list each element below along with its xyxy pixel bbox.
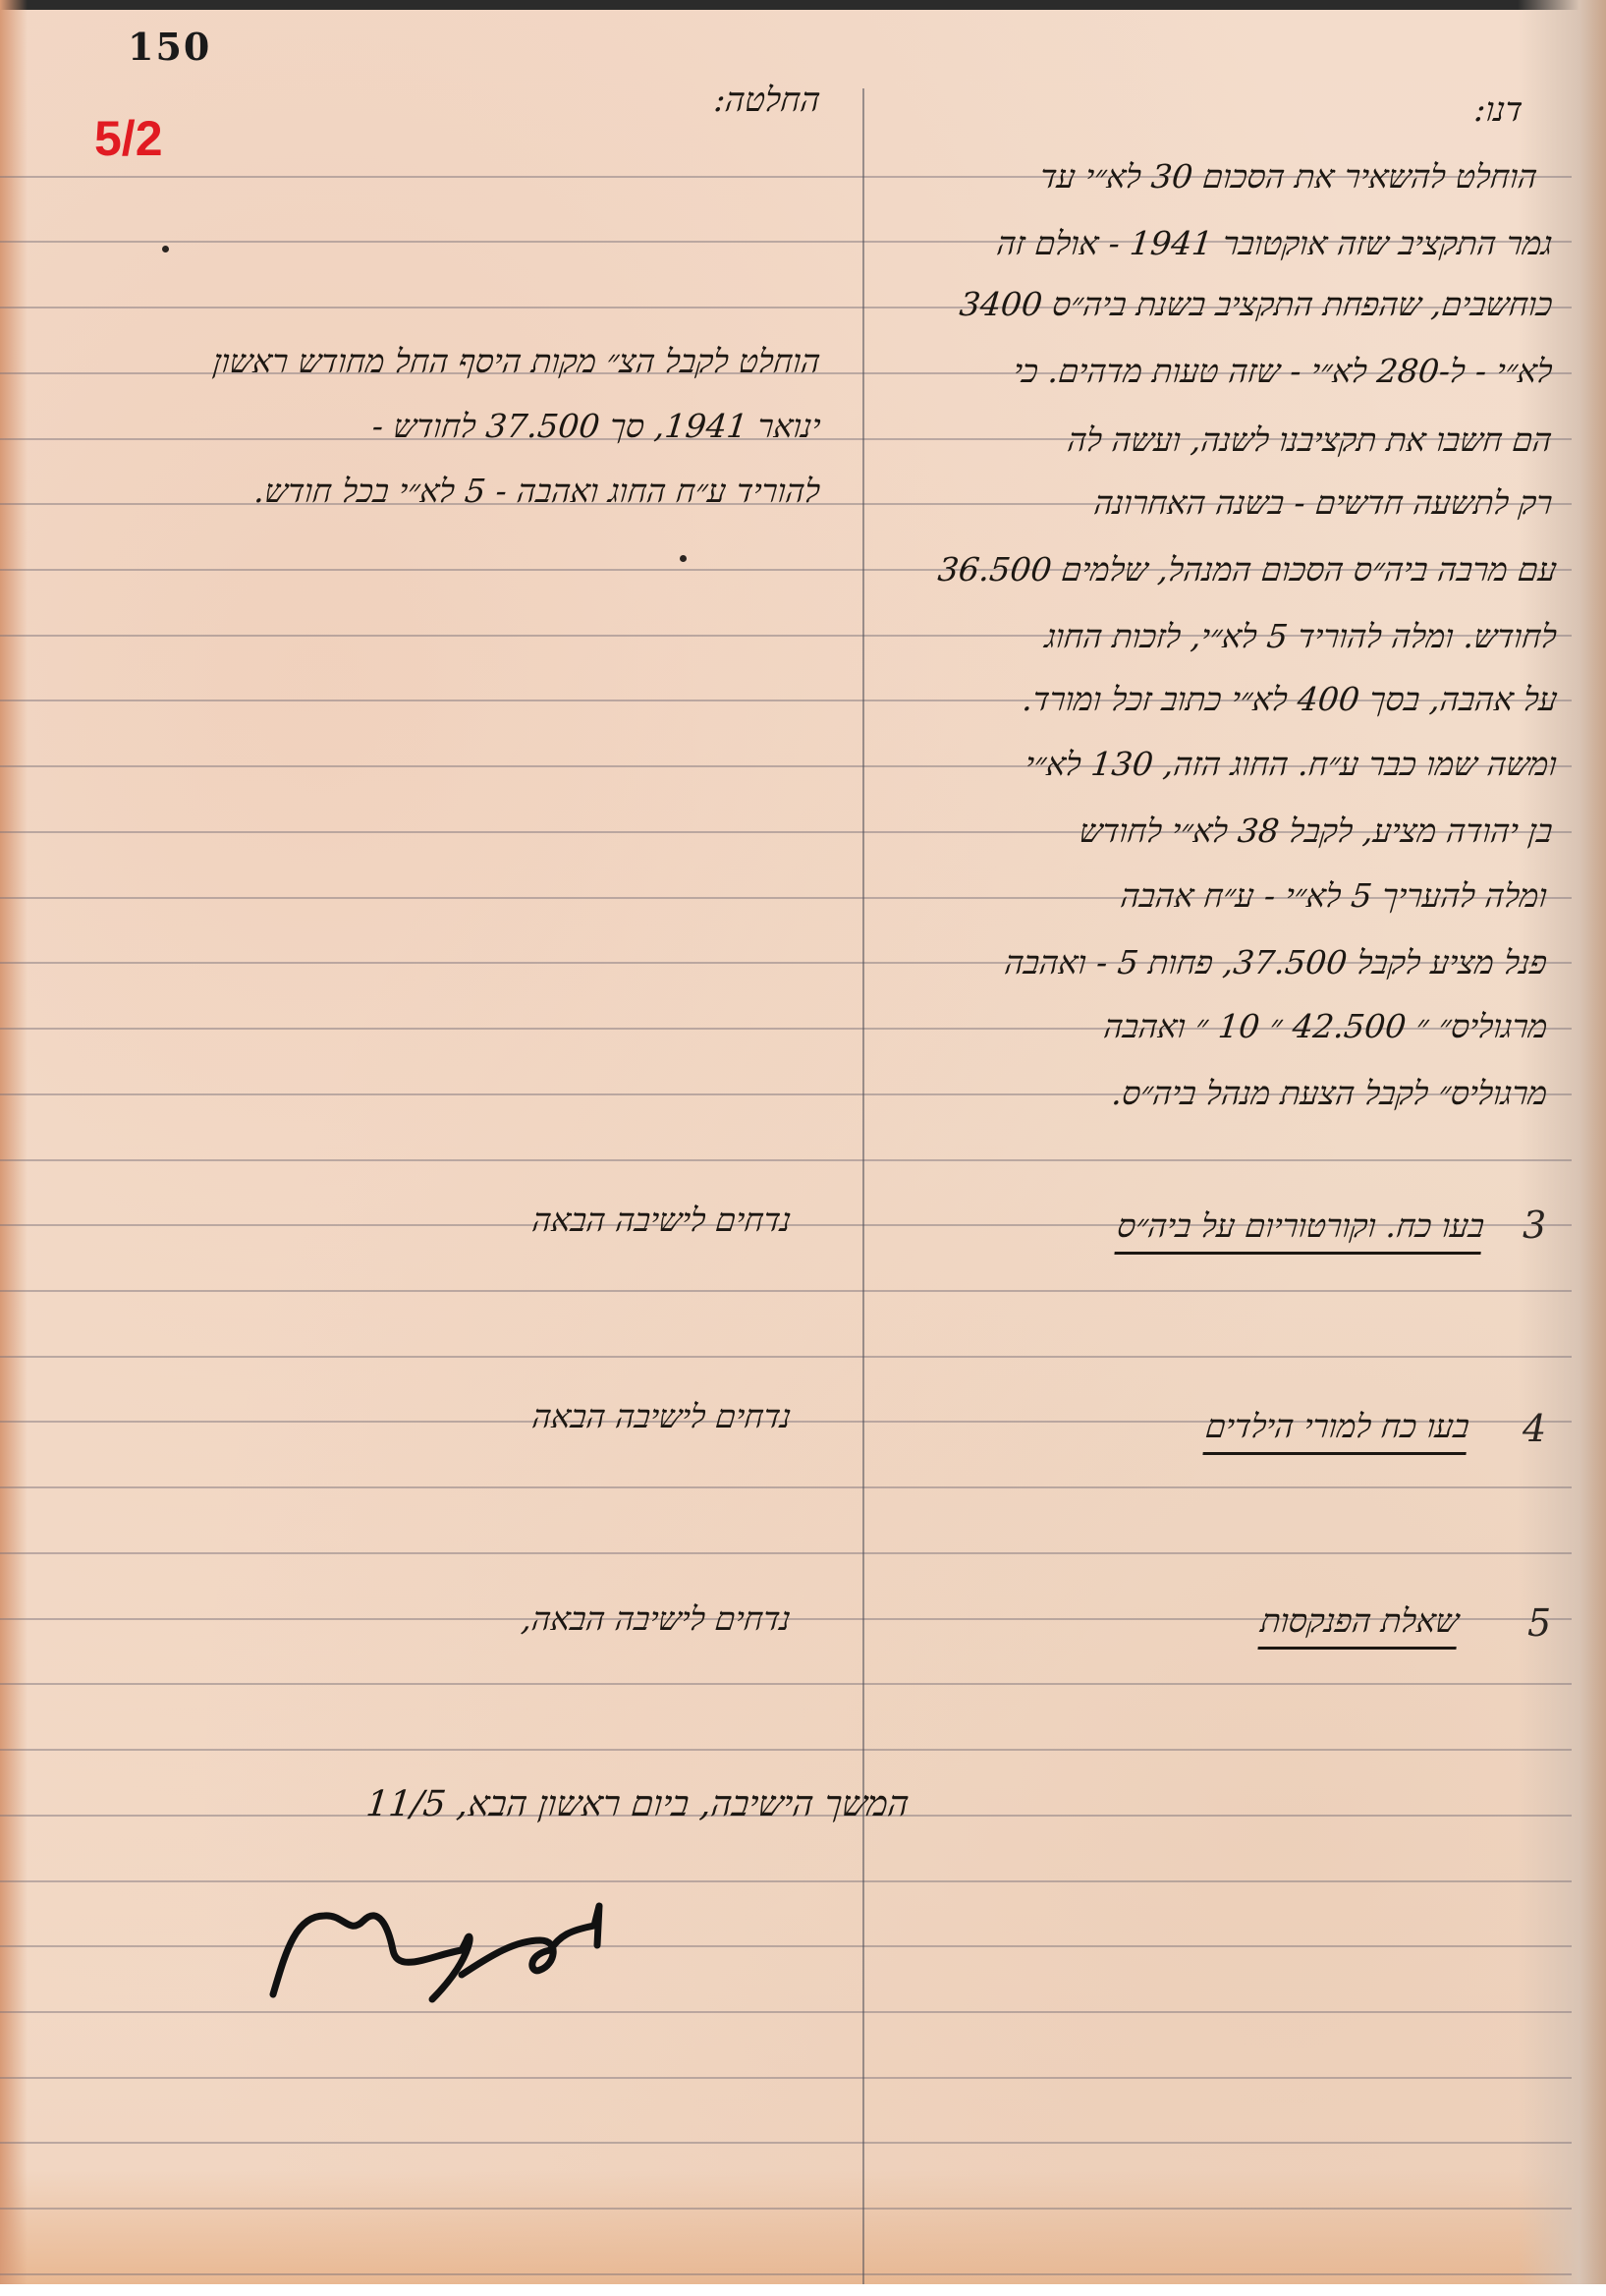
ruled-line bbox=[0, 1486, 1572, 1488]
document-page: 150 5/2 דנו: הוחלט להשאיר את הסכום 30 לא… bbox=[0, 0, 1606, 2284]
paragraph-line: מרגוליס״ לקבל הצעת מנהל ביה״ס. bbox=[1110, 1074, 1549, 1113]
paragraph-line: עם מרבה ביה״ס הסכום המנהל, שלמים 36.500 bbox=[936, 550, 1559, 589]
column-divider bbox=[862, 88, 864, 2284]
agenda-response: נדחים לישיבה הבאה, bbox=[520, 1599, 793, 1639]
decision-line: הוחלט לקבל הצ״ מקות היסף החל מחודש ראשון bbox=[211, 342, 822, 381]
ruled-line bbox=[0, 1159, 1572, 1161]
right-column-header: דנו: bbox=[1472, 90, 1524, 130]
paragraph-line: גמר התקציב שזה אוקטובר 1941 - אולם זה bbox=[995, 224, 1555, 263]
paragraph-line: הם חשבו את תקציבנו לשנה, ועשה לה bbox=[1066, 420, 1554, 460]
ruled-line bbox=[0, 2142, 1572, 2144]
ruled-line bbox=[0, 1749, 1572, 1751]
paper-right-binding bbox=[1518, 0, 1606, 2284]
paragraph-line: כוחשבים, שהפחת התקציב בשנת ביה״ס 3400 bbox=[957, 285, 1554, 324]
paragraph-line: על אהבה, בסך 400 לא״י כתוב זכל ומורד. bbox=[1021, 680, 1559, 719]
ink-dot bbox=[680, 555, 687, 562]
ink-dot bbox=[162, 246, 169, 252]
scan-top-edge bbox=[0, 0, 1606, 10]
agenda-item-number: 4 bbox=[1523, 1407, 1546, 1450]
agenda-response: נדחים לישיבה הבאה bbox=[530, 1397, 793, 1436]
paragraph-line: פנל מציע לקבל 37.500, פחות 5 - ואהבה bbox=[1003, 943, 1549, 982]
paragraph-line: הוחלט להשאיר את הסכום 30 לא״י עד bbox=[1038, 157, 1539, 196]
reference-label: 5/2 bbox=[94, 110, 163, 167]
closing-line: המשך הישיבה, ביום ראשון הבא, 11/5 bbox=[364, 1783, 912, 1824]
paragraph-line: ומשה שמו כבר ע״ח. החוג הזה, 130 לא״י bbox=[1024, 745, 1559, 784]
ruled-line bbox=[0, 1945, 1572, 1947]
ruled-line bbox=[0, 2208, 1572, 2210]
ruled-line bbox=[0, 1683, 1572, 1685]
paragraph-line: מרגוליס״ ״ 42.500 ״ 10 ״ ואהבה bbox=[1102, 1007, 1550, 1046]
ruled-line bbox=[0, 2011, 1572, 2013]
paragraph-line: רק לתשעה חדשים - בשנה האחרונה bbox=[1092, 483, 1555, 523]
paragraph-line: בן יהודה מציע, לקבל 38 לא״י לחודש bbox=[1077, 812, 1554, 851]
paper-left-edge bbox=[0, 0, 28, 2284]
paragraph-line: לחודש. ומלה להוריד 5 לא״י, לזכות החוג bbox=[1043, 617, 1559, 656]
decision-line: להוריד ע״ח החוג ואהבה - 5 לא״י בכל חודש. bbox=[252, 472, 822, 511]
ruled-line bbox=[0, 2273, 1572, 2275]
decision-line: ינואר 1941, סך 37.500 לחודש - bbox=[370, 407, 822, 446]
page-stamp-number: 150 bbox=[128, 25, 211, 69]
paragraph-line: ומלה להעריך 5 לא״י - ע״ח אהבה bbox=[1119, 876, 1549, 916]
ruled-line bbox=[0, 2077, 1572, 2079]
agenda-response: נדחים לישיבה הבאה bbox=[530, 1201, 793, 1240]
agenda-item-number: 3 bbox=[1523, 1204, 1546, 1247]
left-column-header: החלטה: bbox=[712, 81, 822, 120]
ruled-line bbox=[0, 1290, 1572, 1292]
agenda-item-label: שאלת הפנקסות bbox=[1258, 1601, 1462, 1650]
signature bbox=[265, 1896, 619, 2004]
agenda-item-label: בעו כח. וקורטוריום על ביה״ס bbox=[1114, 1206, 1486, 1255]
agenda-item-number: 5 bbox=[1527, 1601, 1551, 1645]
paragraph-line: לא״י - ל-280 לא״י - שזה טעות מדהים. כי bbox=[1012, 352, 1554, 391]
ruled-line bbox=[0, 1880, 1572, 1882]
ruled-line bbox=[0, 1552, 1572, 1554]
ruled-line bbox=[0, 1356, 1572, 1358]
agenda-item-label: בעו כח למורי הילדים bbox=[1202, 1407, 1470, 1455]
